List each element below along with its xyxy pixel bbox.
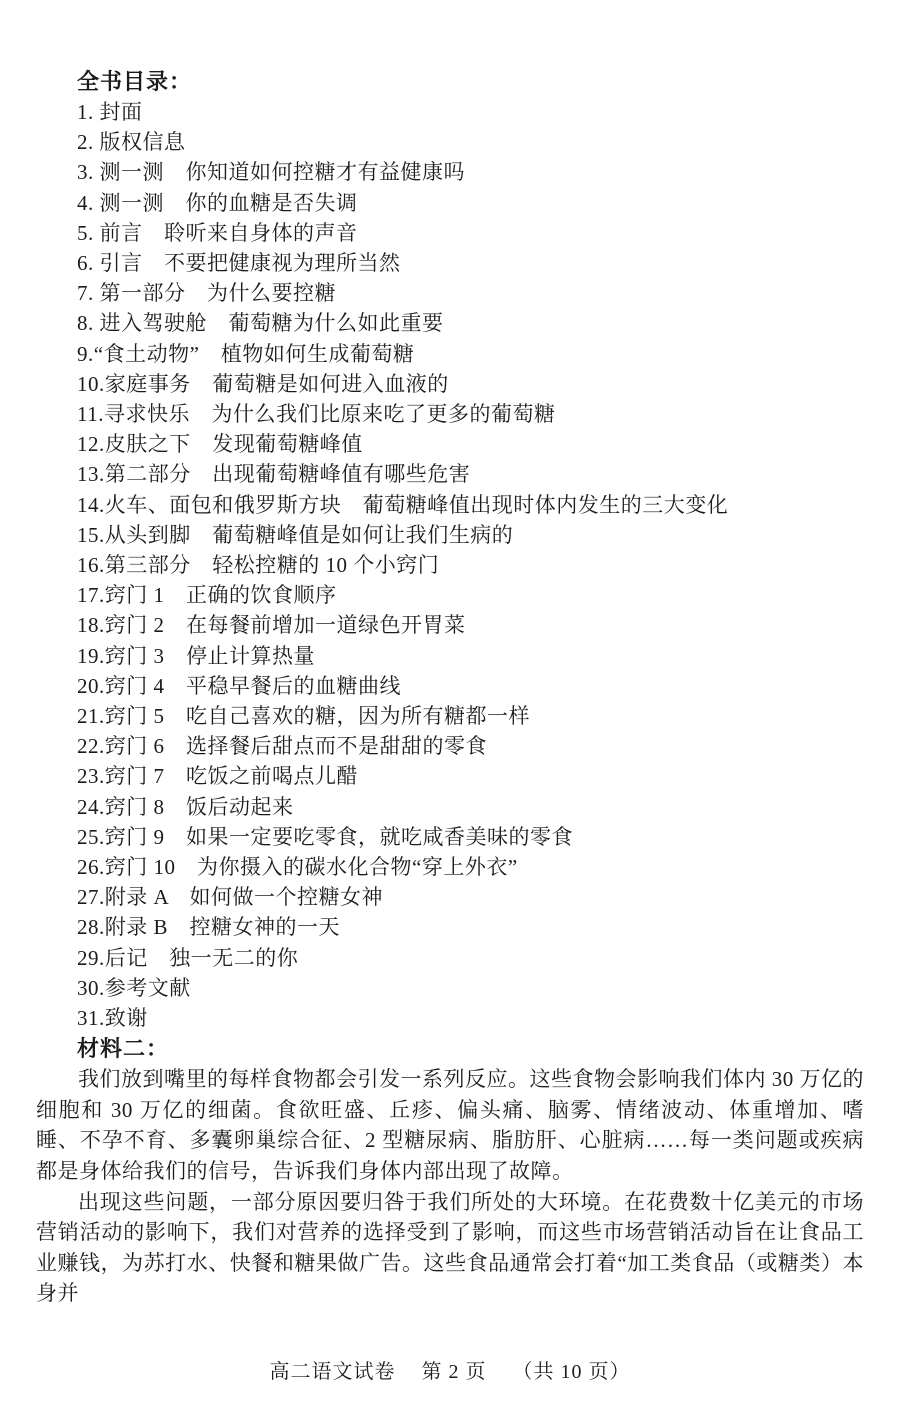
- toc-item: 11.寻求快乐 为什么我们比原来吃了更多的葡萄糖: [77, 399, 864, 429]
- toc-item: 3. 测一测 你知道如何控糖才有益健康吗: [77, 157, 864, 187]
- toc-item: 15.从头到脚 葡萄糖峰值是如何让我们生病的: [77, 520, 864, 550]
- toc-item: 19.窍门 3 停止计算热量: [77, 641, 864, 671]
- toc-list: 1. 封面2. 版权信息3. 测一测 你知道如何控糖才有益健康吗4. 测一测 你…: [77, 97, 864, 1033]
- toc-item: 18.窍门 2 在每餐前增加一道绿色开胃菜: [77, 610, 864, 640]
- toc-item: 7. 第一部分 为什么要控糖: [77, 278, 864, 308]
- toc-item: 28.附录 B 控糖女神的一天: [77, 912, 864, 942]
- toc-item: 30.参考文献: [77, 973, 864, 1003]
- toc-item: 9.“食土动物” 植物如何生成葡萄糖: [77, 339, 864, 369]
- toc-item: 25.窍门 9 如果一定要吃零食，就吃咸香美味的零食: [77, 822, 864, 852]
- toc-item: 24.窍门 8 饭后动起来: [77, 792, 864, 822]
- footer-page-number: 第 2 页: [422, 1355, 487, 1384]
- toc-item: 1. 封面: [77, 97, 864, 127]
- toc-item: 8. 进入驾驶舱 葡萄糖为什么如此重要: [77, 308, 864, 338]
- footer-total-pages: （共 10 页）: [513, 1355, 631, 1384]
- footer-exam-title: 高二语文试卷: [270, 1355, 396, 1384]
- toc-item: 27.附录 A 如何做一个控糖女神: [77, 882, 864, 912]
- material2-heading: 材料二：: [77, 1033, 864, 1064]
- toc-item: 14.火车、面包和俄罗斯方块 葡萄糖峰值出现时体内发生的三大变化: [77, 490, 864, 520]
- toc-item: 31.致谢: [77, 1003, 864, 1033]
- toc-item: 4. 测一测 你的血糖是否失调: [77, 188, 864, 218]
- toc-item: 29.后记 独一无二的你: [77, 943, 864, 973]
- toc-item: 26.窍门 10 为你摄入的碳水化合物“穿上外衣”: [77, 852, 864, 882]
- toc-heading: 全书目录：: [77, 66, 864, 97]
- toc-item: 6. 引言 不要把健康视为理所当然: [77, 248, 864, 278]
- toc-item: 16.第三部分 轻松控糖的 10 个小窍门: [77, 550, 864, 580]
- toc-item: 22.窍门 6 选择餐后甜点而不是甜甜的零食: [77, 731, 864, 761]
- toc-item: 5. 前言 聆听来自身体的声音: [77, 218, 864, 248]
- page-footer: 高二语文试卷 第 2 页 （共 10 页）: [36, 1355, 864, 1384]
- toc-item: 17.窍门 1 正确的饮食顺序: [77, 580, 864, 610]
- toc-item: 10.家庭事务 葡萄糖是如何进入血液的: [77, 369, 864, 399]
- material2-paragraph-1: 我们放到嘴里的每样食物都会引发一系列反应。这些食物会影响我们体内 30 万亿的细…: [36, 1064, 864, 1186]
- material2-paragraph-2: 出现这些问题，一部分原因要归咎于我们所处的大环境。在花费数十亿美元的市场营销活动…: [36, 1187, 864, 1309]
- toc-item: 20.窍门 4 平稳早餐后的血糖曲线: [77, 671, 864, 701]
- toc-item: 23.窍门 7 吃饭之前喝点儿醋: [77, 761, 864, 791]
- document-page: 全书目录： 1. 封面2. 版权信息3. 测一测 你知道如何控糖才有益健康吗4.…: [0, 0, 900, 1410]
- toc-item: 2. 版权信息: [77, 127, 864, 157]
- toc-item: 13.第二部分 出现葡萄糖峰值有哪些危害: [77, 459, 864, 489]
- toc-item: 12.皮肤之下 发现葡萄糖峰值: [77, 429, 864, 459]
- toc-item: 21.窍门 5 吃自己喜欢的糖，因为所有糖都一样: [77, 701, 864, 731]
